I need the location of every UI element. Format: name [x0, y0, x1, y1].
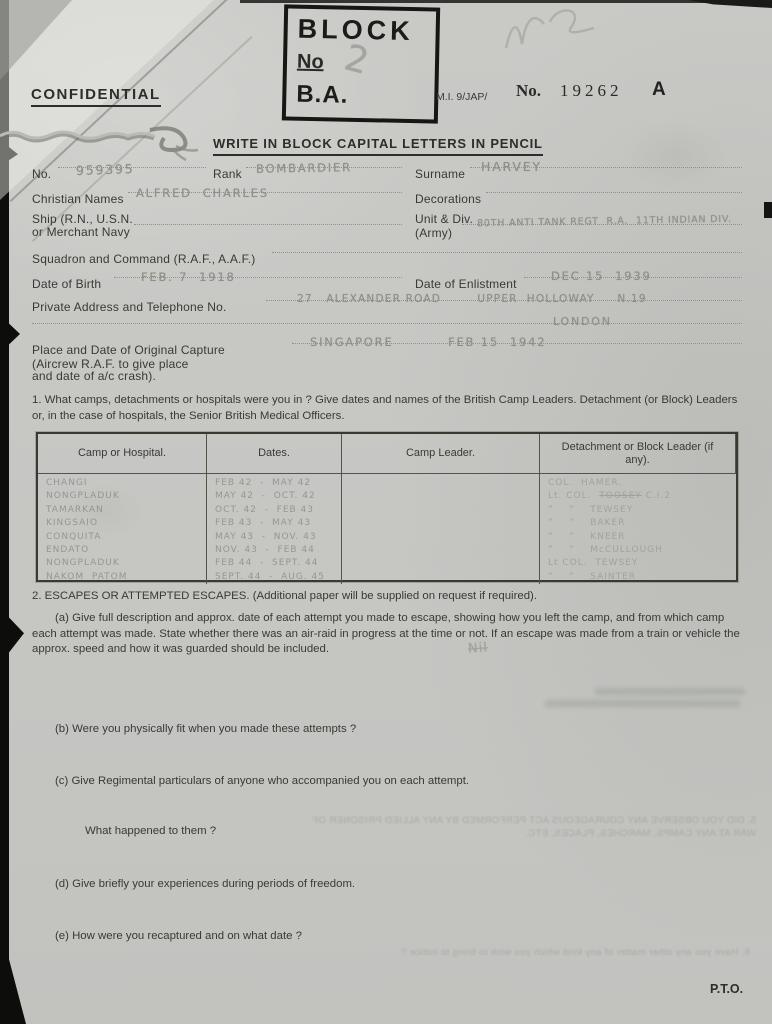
- detachment-leader: ” ” KNEER: [548, 531, 730, 544]
- detachment-leader: ” ” TEWSEY: [548, 504, 730, 517]
- detachment-leader: ” ” SAINTER: [548, 571, 730, 584]
- ref-no-label: No.: [516, 81, 541, 101]
- paper-stain: [60, 480, 150, 540]
- camp-name: ENDATO: [46, 544, 200, 557]
- question-2c-text: (c) Give Regimental particulars of anyon…: [55, 774, 695, 790]
- question-2b-text: (b) Were you physically fit when you mad…: [55, 722, 655, 738]
- address-label: Private Address and Telephone No.: [32, 300, 227, 314]
- question-1-text: 1. What camps, detachments or hospitals …: [32, 393, 740, 424]
- service-number-value: 959395: [76, 161, 135, 178]
- column-header-detachment-leader: Detachment or Block Leader (if any).: [540, 434, 736, 474]
- camp-dates: MAY 42 - OCT. 42: [215, 490, 335, 503]
- address-value: 27 ALEXANDER ROAD UPPER HOLLOWAY N.19: [297, 293, 647, 305]
- camp-dates: FEB 43 - MAY 43: [215, 517, 335, 530]
- camp-leader-column-empty: [342, 474, 540, 584]
- stamp-ba-label: B.A.: [296, 81, 349, 110]
- block-stamp-box: BLOCK No 2 B.A.: [282, 4, 440, 123]
- surname-label: Surname: [415, 167, 465, 181]
- dotted-line: [486, 192, 742, 193]
- dates-column-entries: FEB 42 - MAY 42 MAY 42 - OCT. 42 OCT. 42…: [207, 474, 342, 584]
- squadron-label: Squadron and Command (R.A.F., A.A.F.): [32, 252, 256, 266]
- ref-number: 19262: [560, 81, 623, 101]
- ship-label-2: or Merchant Navy: [32, 225, 130, 239]
- bleed-through-smudge: [595, 688, 745, 695]
- rank-value: BOMBARDIER: [256, 160, 352, 176]
- column-header-dates: Dates.: [207, 434, 342, 474]
- detachment-leader: Lt. COL. TOOSEY C.I.2: [548, 490, 730, 503]
- dob-label: Date of Birth: [32, 277, 101, 291]
- scan-edge-top-right: [688, 0, 772, 8]
- camp-dates: SEPT. 44 - AUG. 45: [215, 571, 335, 584]
- question-2a-answer: Nil: [468, 640, 489, 656]
- ref-letter: A: [652, 79, 666, 101]
- instruction-title: WRITE IN BLOCK CAPITAL LETTERS IN PENCIL: [213, 136, 543, 156]
- ship-label: Ship (R.N., U.S.N.: [32, 212, 133, 226]
- no-label: No.: [32, 167, 51, 181]
- surname-value: HARVEY: [481, 159, 542, 174]
- rank-label: Rank: [213, 167, 242, 181]
- question-2a-text: (a) Give full description and approx. da…: [32, 611, 740, 658]
- paper-background: BLOCK No 2 B.A. CONFIDENTIAL M.I. 9/JAP/…: [0, 0, 772, 1024]
- scan-edge-notch: [0, 315, 20, 353]
- column-header-camp-leader: Camp Leader.: [342, 434, 540, 474]
- dotted-line: [32, 323, 742, 324]
- detachment-leader: ” ” BAKER: [548, 517, 730, 530]
- question-2-heading: 2. ESCAPES OR ATTEMPTED ESCAPES. (Additi…: [32, 589, 742, 605]
- pencil-scribble: [492, 2, 612, 60]
- detachment-leader-column-entries: COL. HAMER. Lt. COL. TOOSEY C.I.2 ” ” TE…: [540, 474, 736, 584]
- detachment-leader: ” ” McCULLOUGH: [548, 544, 730, 557]
- address-value-line2: LONDON: [553, 315, 612, 328]
- christian-names-label: Christian Names: [32, 192, 124, 206]
- ref-prefix: M.I. 9/JAP/: [436, 91, 487, 103]
- enlistment-value: DEC 15 1939: [551, 269, 652, 283]
- dob-value: FEB. 7 1918: [141, 270, 236, 284]
- camp-dates: NOV. 43 - FEB 44: [215, 544, 335, 557]
- scanned-pow-form: BLOCK No 2 B.A. CONFIDENTIAL M.I. 9/JAP/…: [0, 0, 772, 1024]
- question-2e-text: (e) How were you recaptured and on what …: [55, 929, 695, 945]
- column-header-camp: Camp or Hospital.: [38, 434, 207, 474]
- decorations-label: Decorations: [415, 192, 481, 206]
- capture-value: SINGAPORE FEB 15 1942: [310, 335, 546, 349]
- pto-label: P.T.O.: [710, 982, 743, 996]
- enlistment-label: Date of Enlistment: [415, 277, 517, 291]
- scan-edge-notch: [0, 608, 24, 664]
- camp-dates: FEB 42 - MAY 42: [215, 477, 335, 490]
- string-tie: [0, 116, 210, 164]
- detachment-leader: Lt COL. TEWSEY: [548, 557, 730, 570]
- camp-name: NONGPLADUK: [46, 557, 200, 570]
- unit-div-label-2: (Army): [415, 226, 452, 240]
- capture-note-2: and date of a/c crash).: [32, 369, 156, 383]
- paper-stain: [620, 120, 730, 190]
- stamp-no-label: No: [297, 51, 324, 75]
- camp-dates: MAY 43 - NOV. 43: [215, 531, 335, 544]
- camp-name: NAKOM PATOM: [46, 571, 200, 584]
- scan-edge-mark: [764, 202, 772, 218]
- detachment-leader: COL. HAMER.: [548, 477, 730, 490]
- dotted-line: [272, 252, 742, 253]
- question-2c2-text: What happened to them ?: [85, 824, 485, 840]
- camp-dates: OCT. 42 - FEB 43: [215, 504, 335, 517]
- capture-label: Place and Date of Original Capture: [32, 343, 225, 357]
- unit-div-value: 80TH ANTI TANK REGT R.A. 11TH INDIAN DIV…: [477, 214, 732, 229]
- bleed-through-smudge: [545, 700, 740, 707]
- camp-dates: FEB 44 - SEPT. 44: [215, 557, 335, 570]
- confidential-heading: CONFIDENTIAL: [31, 86, 161, 107]
- question-2d-text: (d) Give briefly your experiences during…: [55, 877, 695, 893]
- dotted-line: [134, 224, 402, 225]
- christian-names-value: ALFRED CHARLES: [136, 186, 269, 200]
- bleed-through-text: 6. Have you any other matter of any kind…: [205, 946, 750, 960]
